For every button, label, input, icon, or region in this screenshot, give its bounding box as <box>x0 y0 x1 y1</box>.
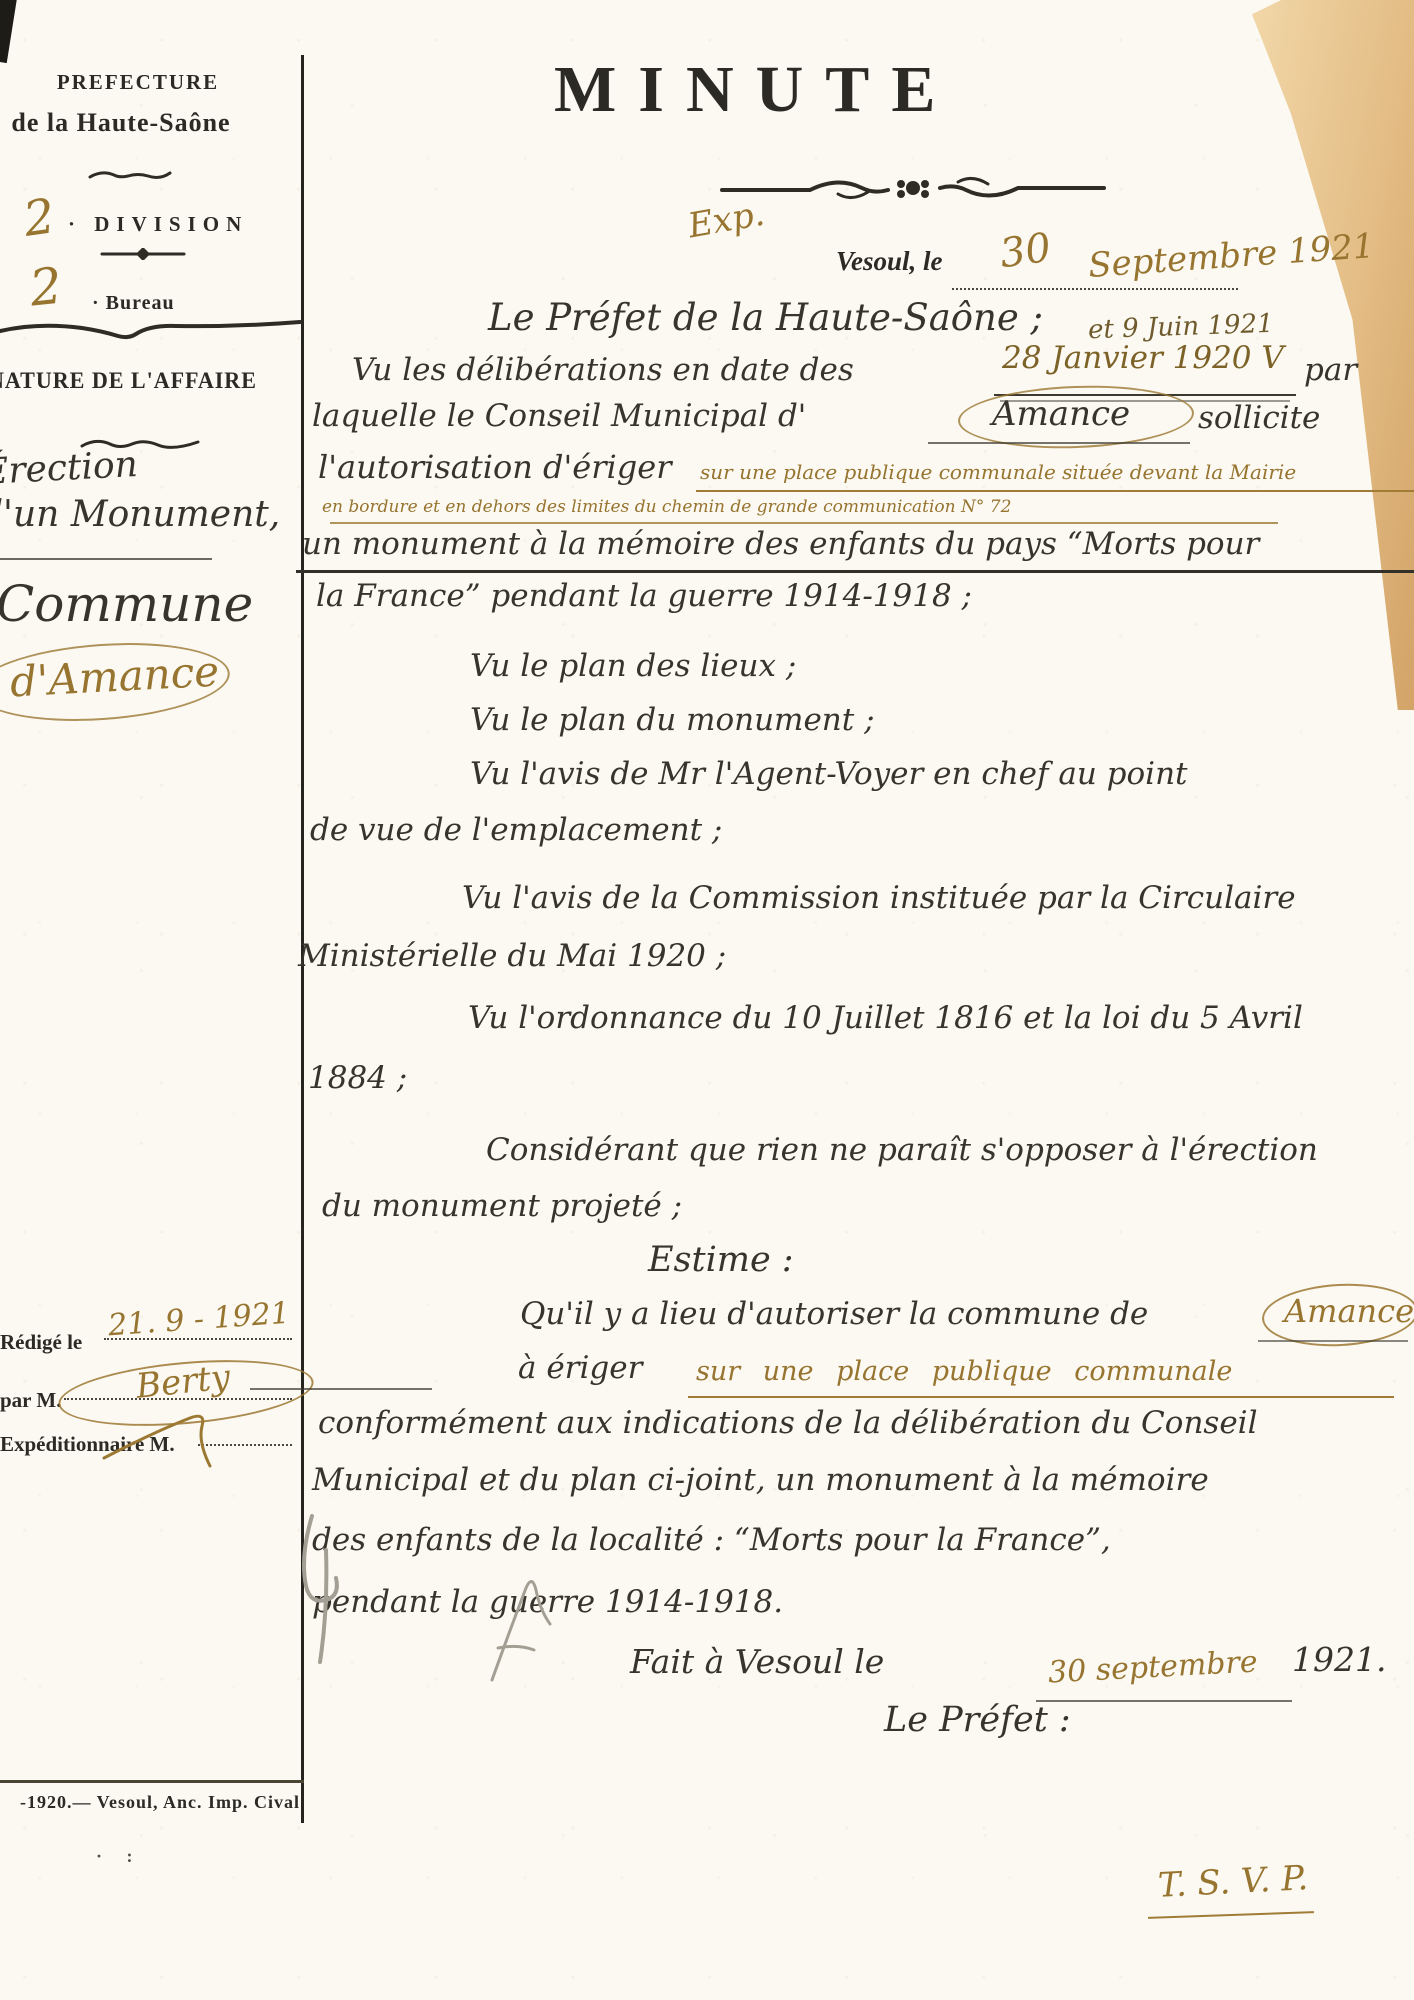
dateline-fill-line <box>952 288 1238 290</box>
underline-fait-date <box>1036 1700 1292 1702</box>
body-line-autorisation: l'autorisation d'ériger <box>318 448 671 486</box>
redige-le-value: 21. 9 - 1921 <box>107 1296 291 1344</box>
body-line-a-eriger: à ériger <box>518 1350 642 1386</box>
tsvp-note: T. S. V. P. <box>1157 1858 1309 1906</box>
body-line-quil: Qu'il y a lieu d'autoriser la commune de <box>520 1296 1148 1332</box>
body-word-sollicite: sollicite <box>1198 400 1320 436</box>
scan-corner-mark <box>0 0 17 63</box>
body-line-monument2: la France” pendant la guerre 1914-1918 ; <box>316 578 972 614</box>
dateline-month-year: Septembre 1921 <box>1087 226 1376 286</box>
body-line-conformement: conformément aux indications de la délib… <box>318 1405 1258 1441</box>
body-line-vu-deliberations: Vu les délibérations en date des <box>352 352 854 388</box>
printer-imprint: -1920.— Vesoul, Anc. Imp. Cival <box>20 1792 300 1813</box>
pencil-mark-2-icon <box>478 1570 558 1690</box>
body-line-fait-a: Fait à Vesoul le <box>630 1642 884 1681</box>
body-line-vu-avis-agent2: de vue de l'emplacement ; <box>310 812 722 848</box>
body-line-vu-avis-agent1: Vu l'avis de Mr l'Agent-Voyer en chef au… <box>470 756 1188 792</box>
body-word-par: par <box>1304 352 1357 388</box>
division-number-handwritten: 2 <box>20 188 58 248</box>
body-line-vu-avis-commission1: Vu l'avis de la Commission instituée par… <box>462 880 1296 916</box>
redige-le-label: Rédigé le <box>0 1330 82 1355</box>
ink-speckles: · : <box>96 1846 143 1867</box>
floral-flourish-icon <box>718 172 1108 206</box>
body-line-vu-avis-commission2: Ministérielle du Mai 1920 ; <box>298 938 726 974</box>
brace-rule-icon <box>0 318 304 342</box>
underline-a-eriger-insert <box>688 1396 1394 1398</box>
division-label: · DIVISION <box>68 212 248 237</box>
expeditionnaire-flourish-icon <box>100 1400 230 1470</box>
nature-handwritten-line1: Érection <box>0 444 139 493</box>
body-line-vu-ordonnance1: Vu l'ordonnance du 10 Juillet 1816 et la… <box>468 1000 1303 1036</box>
body-line-municipal: Municipal et du plan ci-joint, un monume… <box>312 1462 1209 1498</box>
body-commune-name: Amance <box>992 394 1130 434</box>
bureau-label: · Bureau <box>92 292 175 315</box>
nature-affaire-header: NATURE DE L'AFFAIRE <box>0 368 288 394</box>
body-line-vu-plan-lieux: Vu le plan des lieux ; <box>470 648 796 684</box>
underline-monument <box>296 570 1414 573</box>
body-insert-place: sur une place publique communale située … <box>700 460 1296 484</box>
underline-insert-bordure <box>330 522 1278 524</box>
body-line-considerant1: Considérant que rien ne paraît s'opposer… <box>486 1132 1318 1168</box>
body-line-le-prefet: Le Préfet : <box>884 1700 1071 1740</box>
body-line-laquelle: laquelle le Conseil Municipal d' <box>312 398 806 434</box>
underline-commune <box>928 442 1190 444</box>
prefecture-heading-line2: de la Haute-Saône <box>0 108 246 138</box>
minute-title: MINUTE <box>554 52 957 128</box>
body-line-prefet: Le Préfet de la Haute-Saône ; <box>488 296 1043 339</box>
body-line-des-enfants: des enfants de la localité : “Morts pour… <box>312 1522 1111 1558</box>
dateline-printed: Vesoul, le <box>836 246 943 277</box>
squiggle-rule-icon <box>88 168 172 184</box>
lead-rule-a-eriger <box>250 1388 432 1390</box>
underline-insert-place <box>696 490 1414 492</box>
underline-tsvp <box>1148 1911 1314 1919</box>
body-fait-year: 1921. <box>1292 1640 1386 1679</box>
prefecture-heading-line1: PREFECTURE <box>38 70 238 95</box>
body-quil-commune: Amance <box>1284 1292 1414 1330</box>
nature-separator-rule <box>0 558 212 560</box>
commune-handwritten-line1: Commune <box>0 575 253 633</box>
exp-annotation: Exp. <box>685 194 767 247</box>
body-line-considerant2: du monument projeté ; <box>322 1188 682 1224</box>
scanned-document-page: PREFECTURE de la Haute-Saône 2 · DIVISIO… <box>0 0 1414 2000</box>
body-line-estime: Estime : <box>648 1240 794 1280</box>
body-line-vu-ordonnance2: 1884 ; <box>308 1060 407 1096</box>
underline-quil-commune <box>1258 1340 1408 1342</box>
body-fait-date: 30 septembre <box>1047 1645 1258 1691</box>
body-line-monument1: un monument à la mémoire des enfants du … <box>302 526 1259 562</box>
imprint-rule <box>0 1780 304 1783</box>
pencil-mark-icon <box>282 1510 352 1670</box>
bureau-number-handwritten: 2 <box>27 256 65 317</box>
body-insert-bordure: en bordure et en dehors des limites du c… <box>322 497 1011 517</box>
diamond-rule-icon <box>100 248 186 260</box>
nature-handwritten-line2: d'un Monument, <box>0 494 280 535</box>
dateline-day: 30 <box>997 225 1054 278</box>
par-m-label: par M. <box>0 1388 61 1413</box>
body-line-vu-plan-monument: Vu le plan du monument ; <box>470 702 875 738</box>
body-deliberation-date: 28 Janvier 1920 V <box>1002 340 1284 376</box>
body-a-eriger-insert: sur une place publique communale <box>696 1356 1232 1387</box>
